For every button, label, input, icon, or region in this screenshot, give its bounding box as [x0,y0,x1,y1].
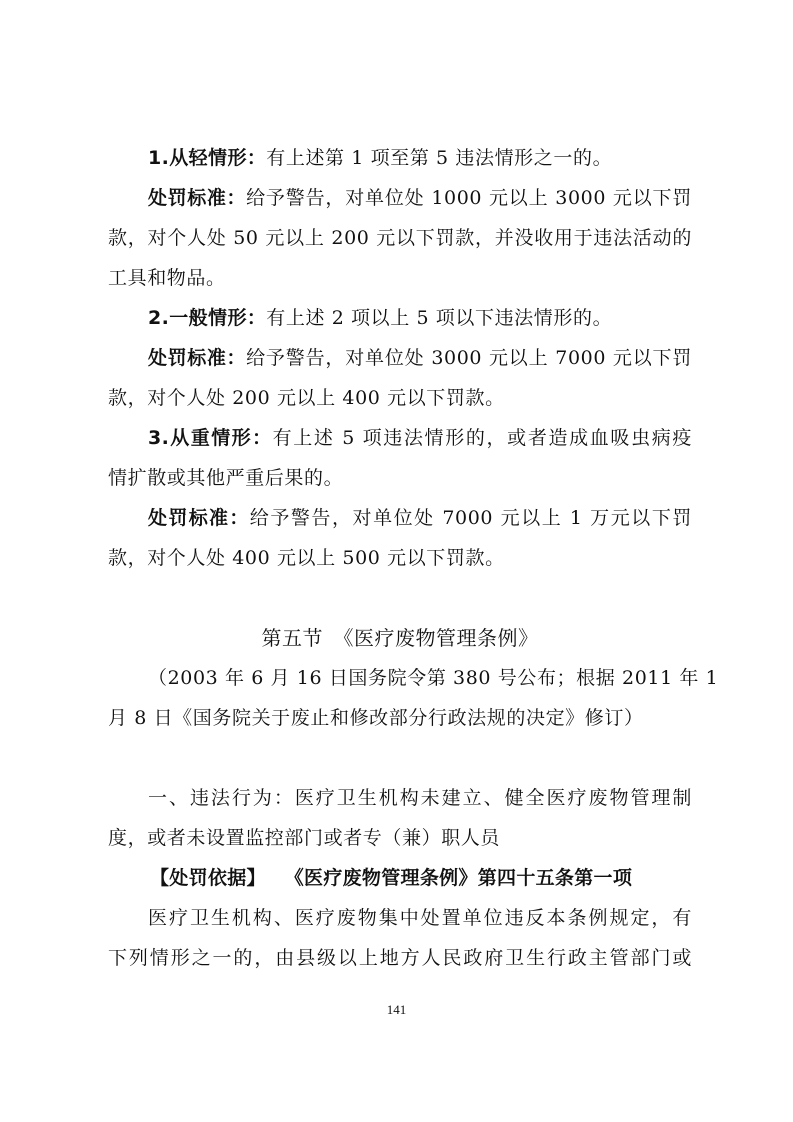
document-page: 1.从轻情形：有上述第 1 项至第 5 违法情形之一的。 处罚标准：给予警告，对… [0,0,793,1122]
provision-text-cont: 下列情形之一的，由县级以上地方人民政府卫生行政主管部门或 [108,938,692,978]
standard-label: 处罚标准： [148,507,250,529]
level-1-standard-end: 工具和物品。 [108,258,692,298]
section-note: （2003 年 6 月 16 日国务院令第 380 号公布；根据 2011 年 … [148,658,692,698]
level-1-standard-cont: 款，对个人处 50 元以上 200 元以下罚款，并没收用于违法活动的 [108,218,692,258]
level-3-condition: 3.从重情形：有上述 5 项违法情形的，或者造成血吸虫病疫 [148,418,692,458]
level-2-standard-cont: 款，对个人处 200 元以上 400 元以下罚款。 [108,378,692,418]
level-1-standard: 处罚标准：给予警告，对单位处 1000 元以上 3000 元以下罚 [148,178,692,218]
section-title: 第五节 《医疗废物管理条例》 [108,618,692,658]
level-3-standard-cont: 款，对个人处 400 元以上 500 元以下罚款。 [108,538,692,578]
standard-label: 处罚标准： [148,187,246,209]
section-note-cont: 月 8 日《国务院关于废止和修改部分行政法规的决定》修订） [108,698,692,738]
level-3-title: 3.从重情形： [148,427,273,449]
level-1-condition: 1.从轻情形：有上述第 1 项至第 5 违法情形之一的。 [148,138,692,178]
basis-label: 【处罚依据】 [150,867,266,889]
violation-description: 一、违法行为：医疗卫生机构未建立、健全医疗废物管理制 [148,778,692,818]
page-number: 141 [0,1000,793,1020]
violation-description-cont: 度，或者未设置监控部门或者专（兼）职人员 [108,818,692,858]
level-3-standard: 处罚标准：给予警告，对单位处 7000 元以上 1 万元以下罚 [148,498,692,538]
level-3-condition-cont: 情扩散或其他严重后果的。 [108,458,692,498]
level-2-standard: 处罚标准：给予警告，对单位处 3000 元以上 7000 元以下罚 [148,338,692,378]
level-2-condition: 2.一般情形：有上述 2 项以上 5 项以下违法情形的。 [148,298,692,338]
basis-text: 《医疗废物管理条例》第四十五条第一项 [285,867,632,889]
level-2-title: 2.一般情形： [148,307,266,329]
standard-label: 处罚标准： [148,347,246,369]
level-1-title: 1.从轻情形： [148,147,266,169]
penalty-basis: 【处罚依据】 《医疗废物管理条例》第四十五条第一项 [150,858,695,898]
provision-text: 医疗卫生机构、医疗废物集中处置单位违反本条例规定，有 [148,898,692,938]
